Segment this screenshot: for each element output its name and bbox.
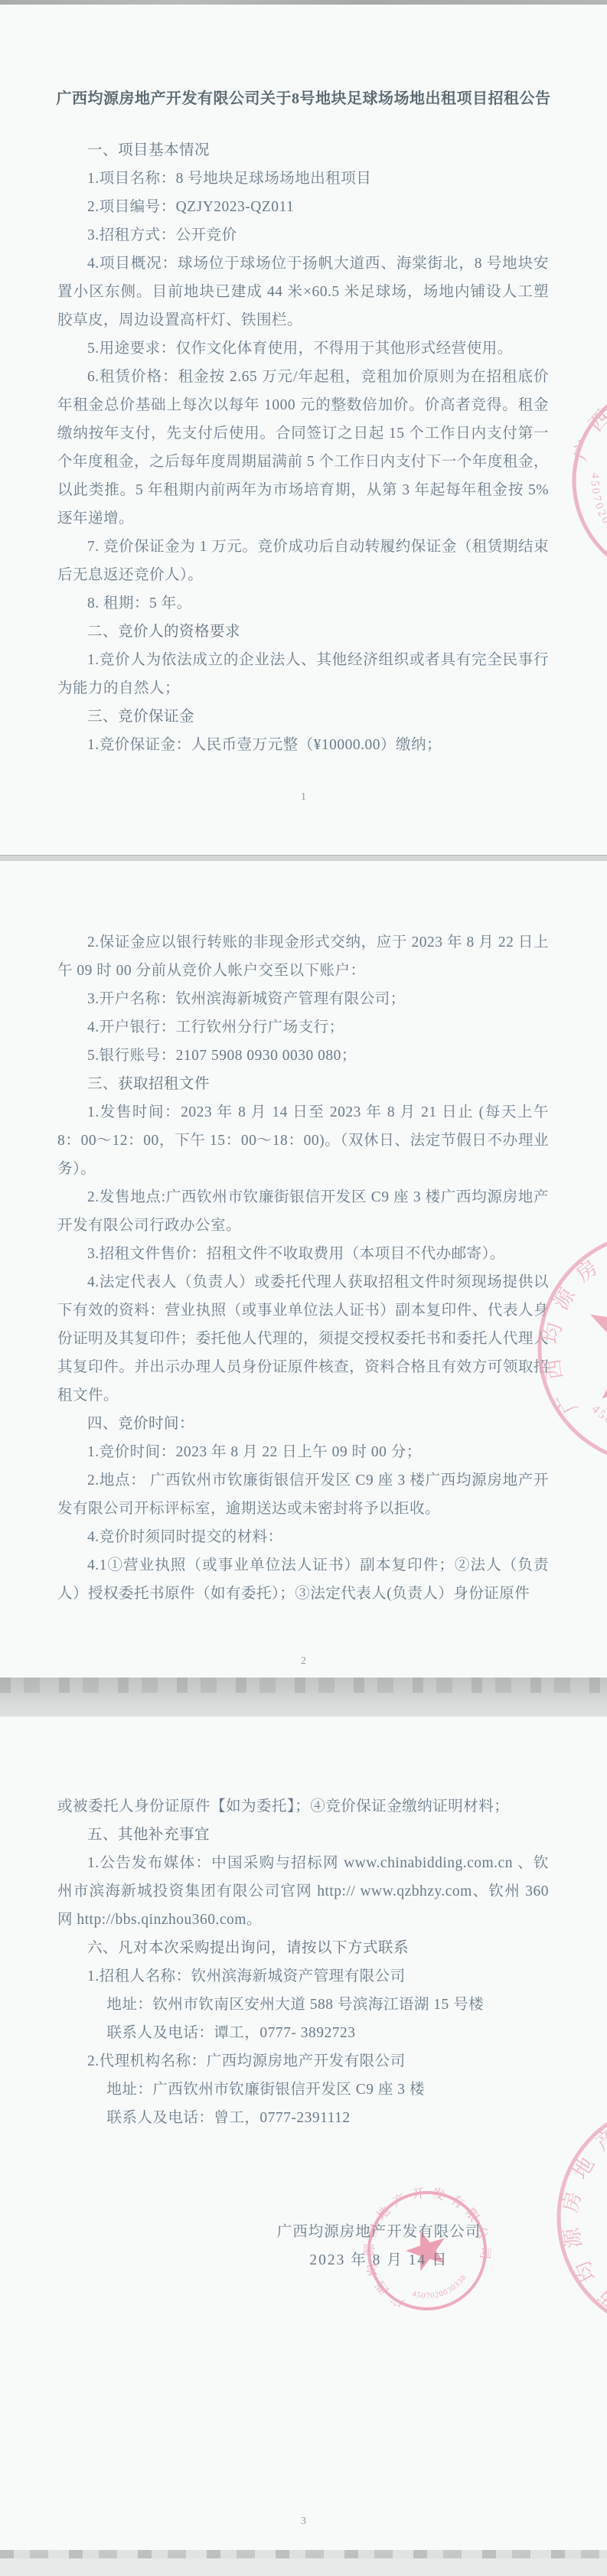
paragraph: 4.法定代表人（负责人）或委托代理人获取招租文件时须现场提供以下有效的资料：营业…: [57, 1268, 549, 1410]
page-number: 2: [0, 1655, 607, 1668]
paragraph: 联系人及电话：曾工，0777-2391112: [57, 2104, 549, 2132]
signature-date: 2023 年 8 月 14 日: [271, 2246, 487, 2274]
paragraph: 5.用途要求：仅作文化体育使用，不得用于其他形式经营使用。: [57, 334, 549, 363]
paragraph: 8. 租期：5 年。: [57, 589, 549, 618]
seal-code-text: 4507020030338: [409, 2272, 472, 2307]
paragraph: 1.发售时间：2023 年 8 月 14 日至 2023 年 8 月 21 日止…: [57, 1098, 549, 1183]
page3-content: 或被委托人身份证原件【如为委托】；④竞价保证金缴纳证明材料； 五、其他补充事宜 …: [0, 1717, 607, 2132]
page1-content: 一、项目基本情况 1.项目名称：8 号地块足球场场地出租项目 2.项目编号：QZ…: [0, 136, 607, 759]
paragraph: 1.公告发布媒体：中国采购与招标网 www.chinabidding.com.c…: [57, 1849, 549, 1934]
doc-title: 广西均源房地产开发有限公司关于8号地块足球场场地出租项目招租公告: [31, 87, 576, 110]
paragraph: 2.代理机构名称：广西均源房地产开发有限公司: [57, 2047, 549, 2075]
paragraph: 4.1①营业执照（或事业单位法人证书）副本复印件；②法人（负责人）授权委托书原件…: [57, 1551, 549, 1608]
paragraph: 1.竞价时间：2023 年 8 月 22 日上午 09 时 00 分；: [57, 1438, 549, 1466]
page-number: 3: [0, 2516, 607, 2528]
paragraph: 1.竞价保证金：人民币壹万元整（¥10000.00）缴纳；: [57, 731, 549, 759]
paragraph: 6.租赁价格：租金按 2.65 万元/年起租，竞租加价原则为在招租底价年租金总价…: [57, 363, 549, 533]
paragraph: 4.项目概况：球场位于球场位于扬帆大道西、海棠街北，8 号地块安置小区东侧。目前…: [57, 249, 549, 334]
paragraph: 3.开户名称：钦州滨海新城资产管理有限公司；: [57, 985, 549, 1013]
paragraph: 1.招租人名称：钦州滨海新城资产管理有限公司: [57, 1962, 549, 1991]
paragraph: 2.保证金应以银行转账的非现金形式交纳，应于 2023 年 8 月 22 日上午…: [57, 928, 549, 985]
paragraph: 地址：广西钦州市钦廉街银信开发区 C9 座 3 楼: [57, 2075, 549, 2104]
official-seal-fragment: 广西均源房地产开发有限公司 4507020030338: [551, 2095, 607, 2340]
section-heading: 五、其他补充事宜: [57, 1821, 549, 1849]
scanned-document: 广西均源房地产开发有限公司关于8号地块足球场场地出租项目招租公告 一、项目基本情…: [0, 0, 607, 2576]
scan-edge-strip-bottom: [0, 2550, 607, 2576]
paragraph: 4.竞价时须同时提交的材料：: [57, 1523, 549, 1551]
section-heading: 三、获取招租文件: [57, 1070, 549, 1098]
scan-gap-noise: [0, 1678, 607, 1717]
section-heading: 一、项目基本情况: [57, 136, 549, 165]
seal-ring: [551, 2095, 607, 2340]
paragraph: 2.地点： 广西钦州市钦廉街银信开发区 C9 座 3 楼广西均源房地产开发有限公…: [57, 1466, 549, 1523]
paragraph: 5.银行账号：2107 5908 0930 0030 080；: [57, 1042, 549, 1070]
paragraph: 3.招租方式：公开竞价: [57, 221, 549, 249]
document-page-2: 2.保证金应以银行转账的非现金形式交纳，应于 2023 年 8 月 22 日上午…: [0, 861, 607, 1678]
paragraph: 地址：钦州市钦南区安州大道 588 号滨海江语湖 15 号楼: [57, 1991, 549, 2019]
document-page-1: 广西均源房地产开发有限公司关于8号地块足球场场地出租项目招租公告 一、项目基本情…: [0, 5, 607, 855]
paragraph: 3.招租文件售价：招租文件不收取费用（本项目不代办邮寄）。: [57, 1240, 549, 1268]
signature-company: 广西均源房地产开发有限公司: [271, 2218, 487, 2246]
paragraph: 7. 竞价保证金为 1 万元。竞价成功后自动转履约保证金（租赁期结束后无息返还竞…: [57, 533, 549, 589]
section-heading: 三、竞价保证金: [57, 703, 549, 731]
page-number: 1: [0, 791, 607, 804]
paragraph: 或被委托人身份证原件【如为委托】；④竞价保证金缴纳证明材料；: [57, 1792, 549, 1821]
paragraph: 1.竞价人为依法成立的企业法人、其他经济组织或者具有完全民事行为能力的自然人；: [57, 646, 549, 703]
seal-company-text: 广西均源房地产开发有限公司: [551, 2095, 607, 2340]
paragraph: 2.项目编号：QZJY2023-QZ011: [57, 193, 549, 221]
paragraph: 1.项目名称：8 号地块足球场场地出租项目: [57, 165, 549, 193]
section-heading: 四、竞价时间：: [57, 1410, 549, 1438]
page2-content: 2.保证金应以银行转账的非现金形式交纳，应于 2023 年 8 月 22 日上午…: [0, 861, 607, 1608]
paragraph: 4.开户银行：工行钦州分行广场支行；: [57, 1013, 549, 1042]
document-page-3: 或被委托人身份证原件【如为委托】；④竞价保证金缴纳证明材料； 五、其他补充事宜 …: [0, 1717, 607, 2550]
paragraph: 联系人及电话：谭工，0777- 3892723: [57, 2019, 549, 2047]
section-heading: 六、凡对本次采购提出询问，请按以下方式联系: [57, 1934, 549, 1962]
signature-block: 广西均源房地产开发有限公司 2023 年 8 月 14 日: [271, 2218, 487, 2274]
paragraph: 2.发售地点:广西钦州市钦廉街银信开发区 C9 座 3 楼广西均源房地产开发有限…: [57, 1183, 549, 1240]
section-heading: 二、竞价人的资格要求: [57, 618, 549, 646]
